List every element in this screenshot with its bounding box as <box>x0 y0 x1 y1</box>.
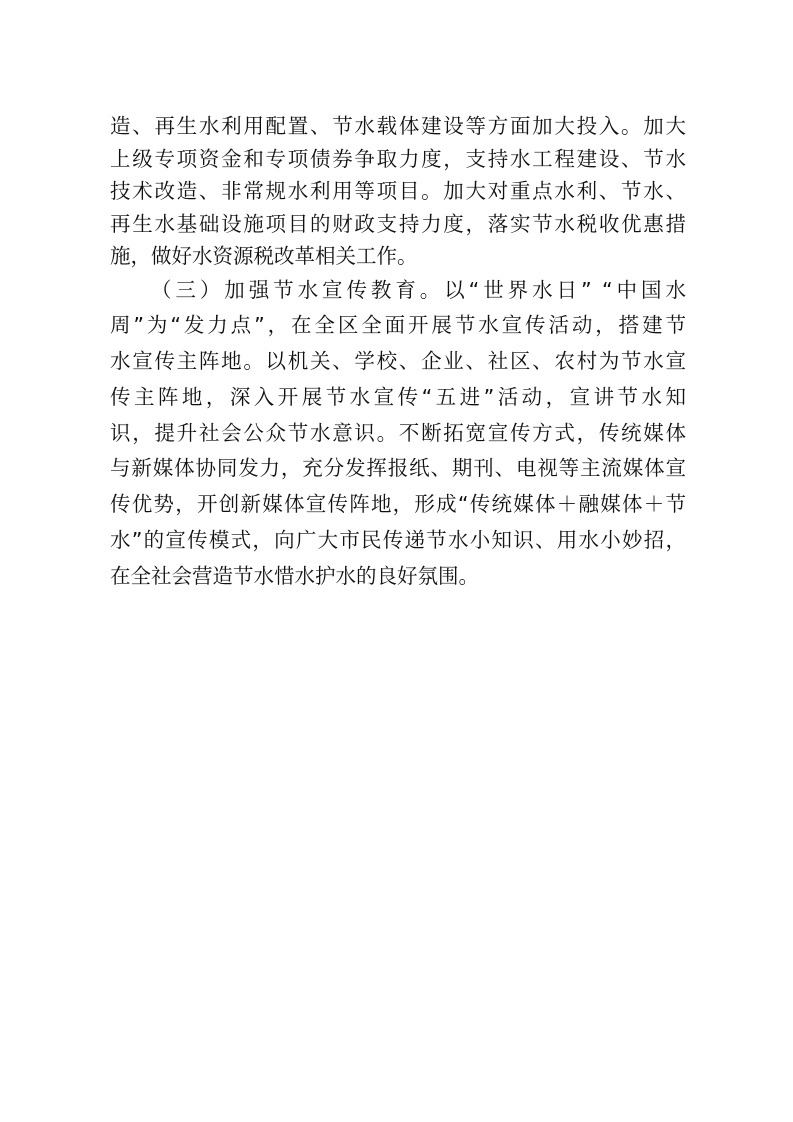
paragraph-funding: 造、再生水利用配置、节水载体建设等方面加大投入。加大 上级专项资金和专项债券争取… <box>110 110 686 273</box>
text-line: 技术改造、非常规水利用等项目。加大对重点水利、节水、 <box>110 175 686 208</box>
document-body: 造、再生水利用配置、节水载体建设等方面加大投入。加大 上级专项资金和专项债券争取… <box>110 110 686 595</box>
section-heading-line: （三）加强节水宣传教育。以“世界水日” “中国水 <box>110 273 686 309</box>
text-line: 水宣传主阵地。以机关、学校、企业、社区、农村为节水宣 <box>110 344 686 380</box>
text-line: 水”的宣传模式，向广大市民传递节水小知识、用水小妙招， <box>110 523 686 559</box>
document-page: 造、再生水利用配置、节水载体建设等方面加大投入。加大 上级专项资金和专项债券争取… <box>0 0 793 1122</box>
paragraph-publicity-education: （三）加强节水宣传教育。以“世界水日” “中国水 周”为“发力点”，在全区全面开… <box>110 273 686 595</box>
text-line: 施，做好水资源税改革相关工作。 <box>110 240 686 273</box>
text-line: 与新媒体协同发力，充分发挥报纸、期刊、电视等主流媒体宣 <box>110 451 686 487</box>
text-line: 再生水基础设施项目的财政支持力度，落实节水税收优惠措 <box>110 208 686 241</box>
text-line: 传优势，开创新媒体宣传阵地，形成“传统媒体＋融媒体＋节 <box>110 487 686 523</box>
text-line: 上级专项资金和专项债券争取力度，支持水工程建设、节水 <box>110 143 686 176</box>
text-line: 造、再生水利用配置、节水载体建设等方面加大投入。加大 <box>110 110 686 143</box>
text-line: 识，提升社会公众节水意识。不断拓宽宣传方式，传统媒体 <box>110 416 686 452</box>
text-line: 传主阵地，深入开展节水宣传“五进”活动，宣讲节水知 <box>110 380 686 416</box>
text-line: 在全社会营造节水惜水护水的良好氛围。 <box>110 559 686 595</box>
text-line: 周”为“发力点”，在全区全面开展节水宣传活动，搭建节 <box>110 308 686 344</box>
